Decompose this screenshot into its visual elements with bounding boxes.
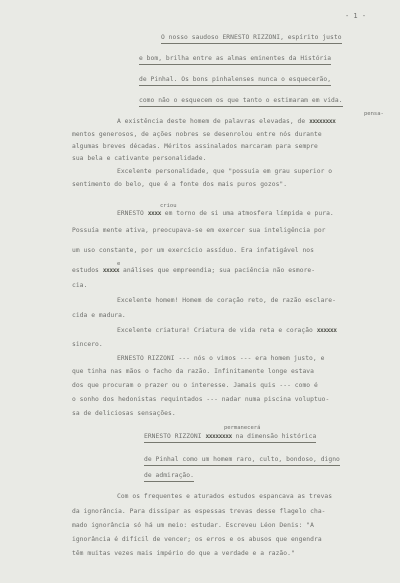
- body-line: estudos xxxxx análises que empreendia; s…: [72, 267, 315, 275]
- body-line: A existência deste homem de palavras ele…: [117, 118, 335, 126]
- heading-line-1: O nosso saudoso ERNESTO RIZZONI, espírit…: [161, 34, 342, 44]
- body-line: Excelente homem! Homem de coração reto, …: [117, 297, 336, 305]
- struck-out-text: xxxxxxxx: [205, 433, 231, 440]
- body-line: cida e madura.: [72, 312, 126, 320]
- body-line: Excelente personalidade, que "possuía em…: [117, 168, 332, 176]
- body-line: ERNESTO xxxx em torno de si uma atmosfer…: [117, 210, 334, 218]
- body-line: mado ignorância só há um meio: estudar. …: [72, 522, 314, 530]
- body-line: Possuía mente ativa, preocupava-se em ex…: [72, 227, 326, 235]
- typewritten-page: - 1 - O nosso saudoso ERNESTO RIZZONI, e…: [0, 0, 400, 583]
- heading-line-3: de Pinhal. Os bons pinhalenses nunca o e…: [139, 76, 331, 86]
- body-line: Com os frequentes e aturados estudos esp…: [117, 493, 332, 501]
- body-line: sentimento do belo, que é a fonte dos ma…: [72, 181, 287, 189]
- body-line: sua bela e cativante personalidade.: [72, 155, 206, 163]
- line-text: ERNESTO RIZZONI: [144, 433, 205, 440]
- body-line: que tinha nas mãos o facho da razão. Inf…: [72, 368, 314, 376]
- body-line: dos que procuram o prazer ou o interesse…: [72, 382, 318, 390]
- body-line: algumas breves décadas. Méritos assinala…: [72, 143, 318, 151]
- body-line: cia.: [72, 282, 87, 290]
- body-line: Excelente criatura! Criatura de vida ret…: [117, 327, 336, 335]
- line-text: na dimensão histórica: [232, 433, 317, 440]
- heading-line-4: como não o esquecem os que tanto o estim…: [139, 97, 343, 107]
- highlight-line-2: de Pinhal como um homem raro, culto, bon…: [144, 456, 340, 466]
- body-line: da ignorância. Para dissipar as espessas…: [72, 508, 326, 516]
- line-text: ERNESTO: [117, 210, 148, 217]
- handwritten-insert: criou: [160, 203, 177, 209]
- highlight-line-1: ERNESTO RIZZONI xxxxxxxx na dimensão his…: [144, 433, 316, 443]
- handwritten-insert: pensa-: [364, 111, 384, 117]
- line-text: estudos: [72, 267, 103, 274]
- heading-line-2: e bom, brilha entre as almas eminentes d…: [139, 55, 331, 65]
- line-text: análises que empreendia; sua paciência n…: [119, 267, 315, 274]
- body-line: sa de deliciosas sensações.: [72, 410, 176, 418]
- struck-out-text: xxxx: [148, 210, 161, 217]
- body-line: ignorância é difícil de vencer; os erros…: [72, 536, 322, 544]
- handwritten-insert: permanecerá: [224, 425, 260, 431]
- struck-out-text: xxxxxxxx: [309, 118, 335, 125]
- line-text: A existência deste homem de palavras ele…: [117, 118, 309, 125]
- body-line: ERNESTO RIZZONI --- nós o vimos --- era …: [117, 355, 324, 363]
- struck-out-text: xxxxx: [103, 267, 119, 274]
- body-line: um uso constante, por um exercício assíd…: [72, 247, 314, 255]
- struck-out-text: xxxxxx: [317, 327, 337, 334]
- body-line: sincero.: [72, 341, 103, 349]
- line-text: Excelente criatura! Criatura de vida ret…: [117, 327, 317, 334]
- page-number: - 1 -: [345, 12, 366, 20]
- highlight-line-3: de admiração.: [144, 472, 194, 482]
- body-line: o sonho dos hedonistas requintados --- n…: [72, 396, 329, 404]
- body-line: mentos generosos, de ações nobres se des…: [72, 131, 322, 139]
- body-line: têm muitas vezes mais império do que a v…: [72, 550, 295, 558]
- line-text: em torno de si uma atmosfera límpida e p…: [161, 210, 334, 217]
